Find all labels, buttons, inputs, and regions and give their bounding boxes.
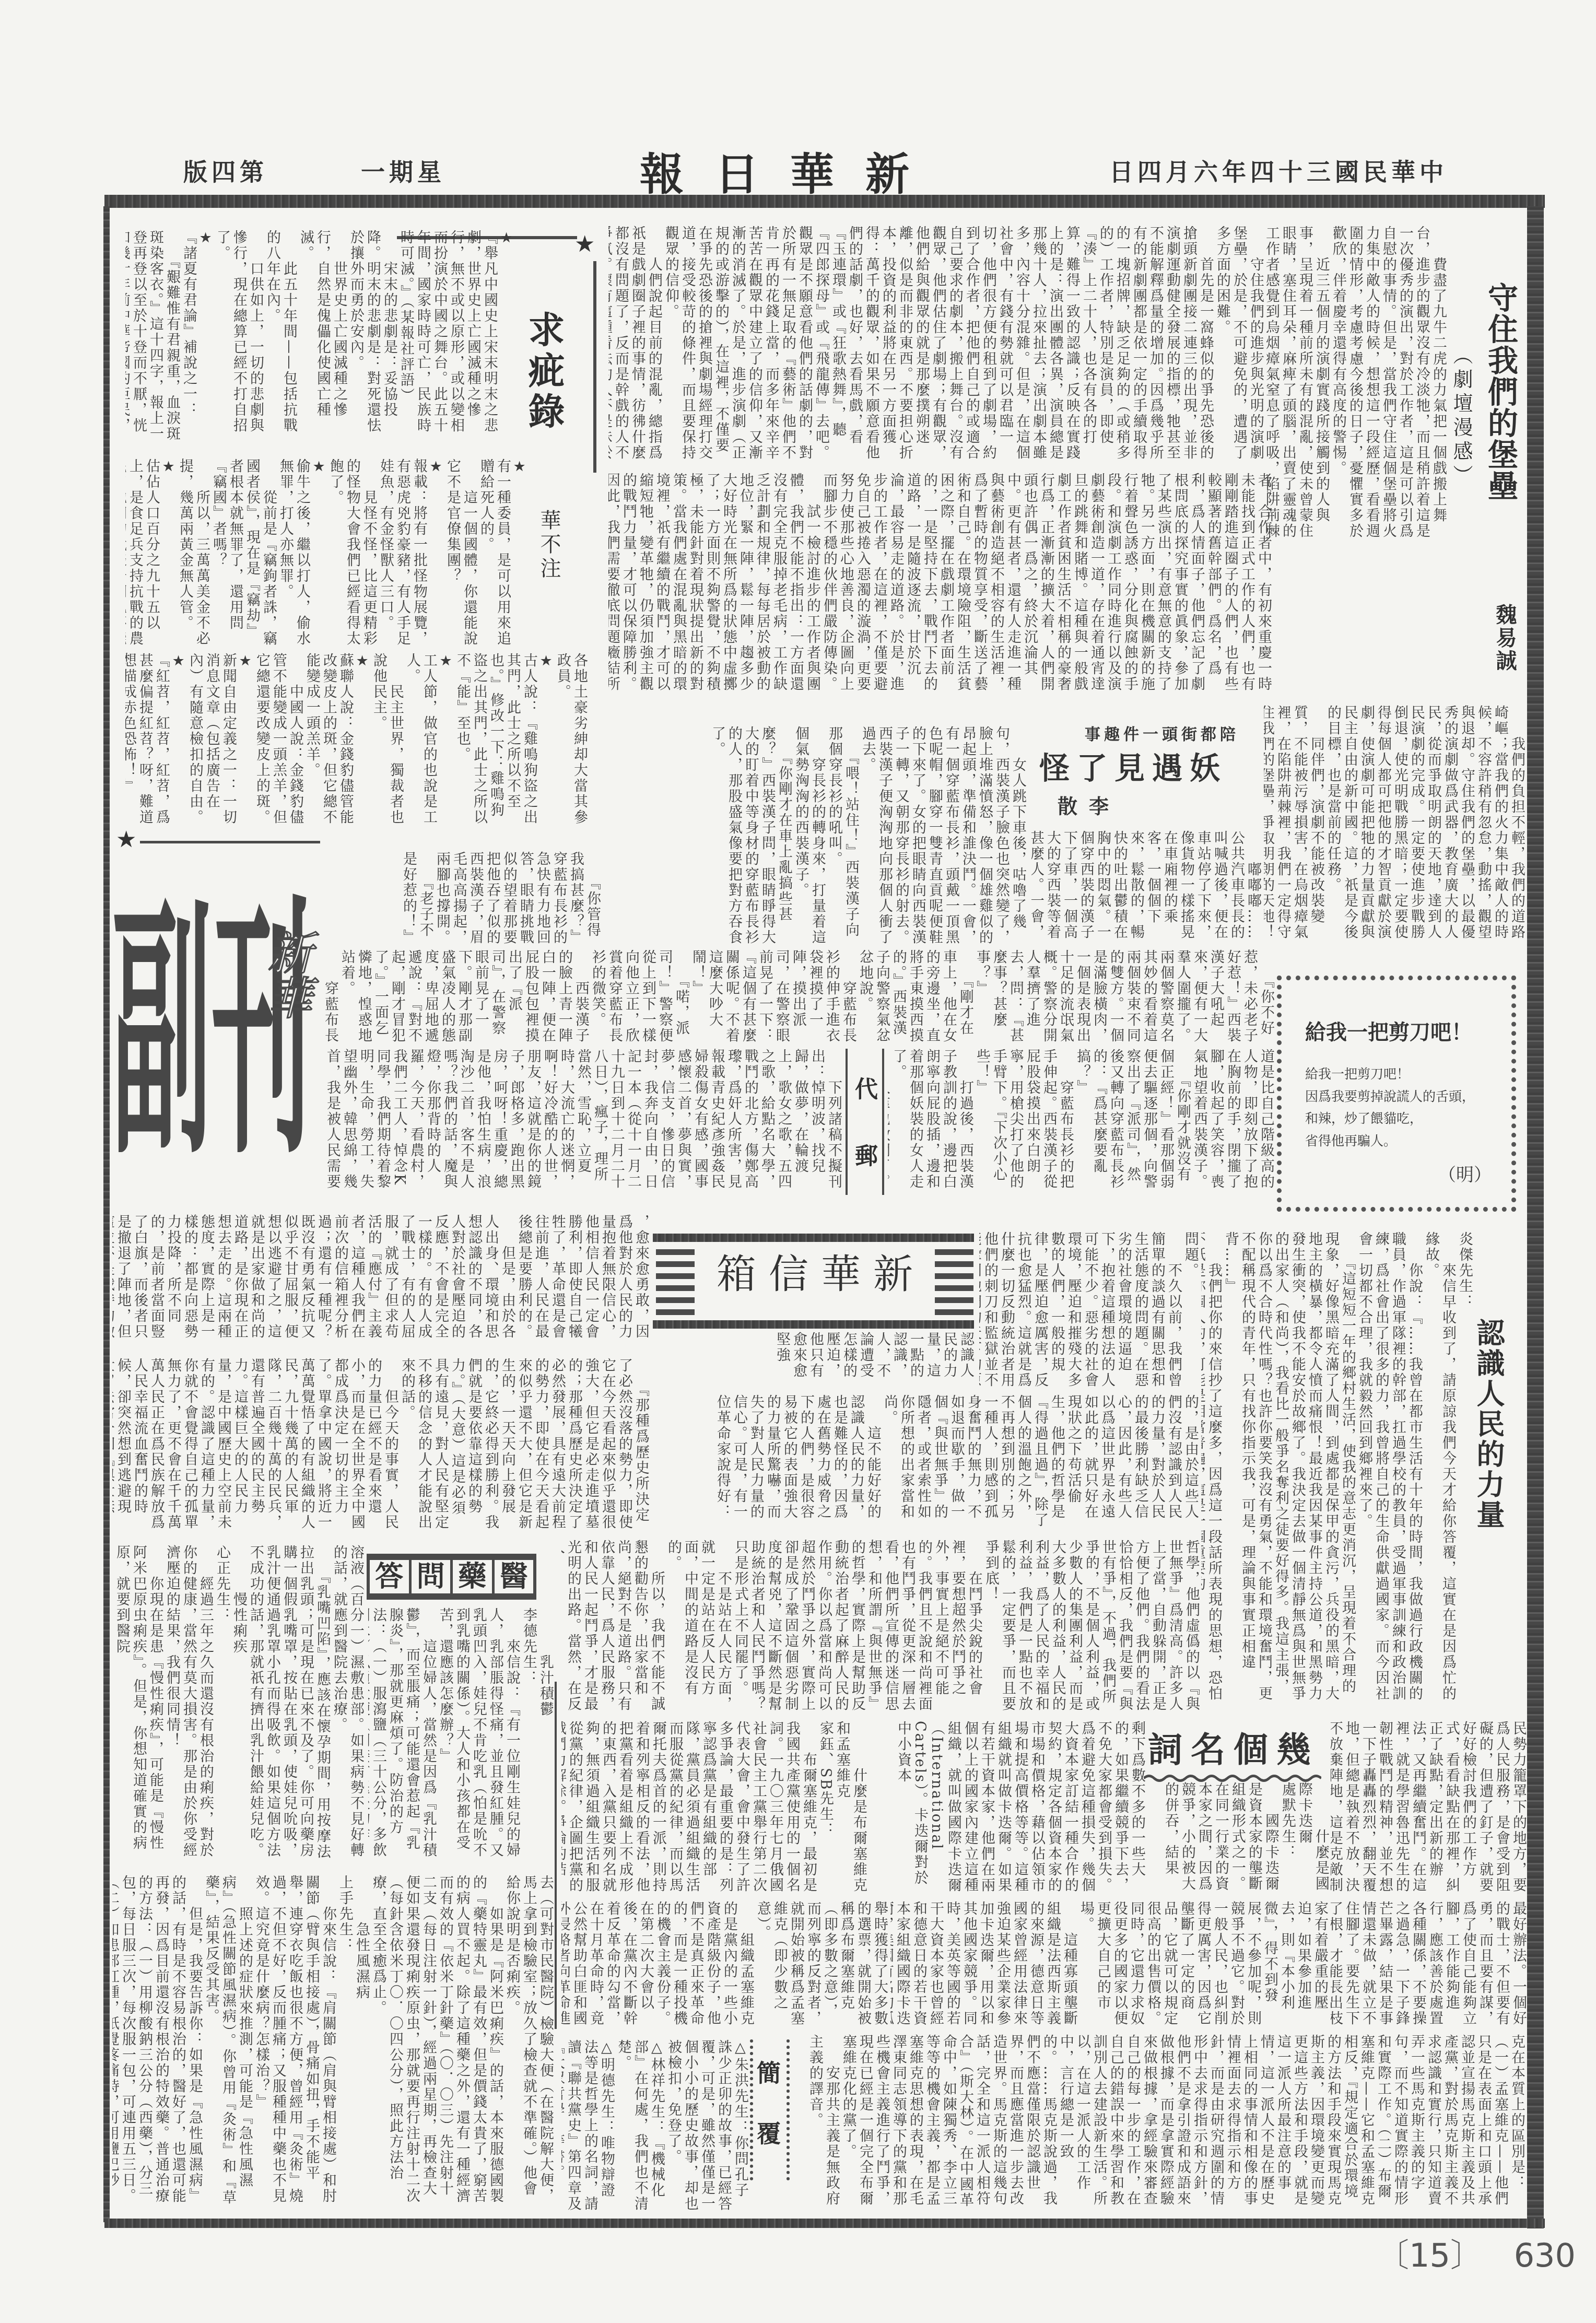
fault-body-1: ★ 『舉凡中國史上宋末明末之悲劇，世界史上亡國滅種之慘行，無不或以原形，或以變相… bbox=[125, 230, 514, 444]
mailbox-body-8: 民勢力籠罩下的地方，要爲人民服務，是會受到阻礙的，但遭了釘子，就要好好檢討我們的… bbox=[1331, 1721, 1527, 1897]
medical-body-2: 溶液（百分一）濕敷患部。如果病勢不見好轉的話，就應到醫院去治療。 『乳嘴凹陷』，… bbox=[112, 1545, 364, 1861]
monster-body-1: 嘟嘟嘟……公共汽車長長的叫喊過後，便在車站停了下來，像貨物一樣搖晃在車廂裡的乘客… bbox=[1031, 830, 1261, 945]
mailbox-bar bbox=[935, 1261, 973, 1267]
monster-body-3: 『你管得我搞甚麼？』穿藍布長衫的急快有力地回答，眼睛挑戰似的望着那要把他吞了似的… bbox=[324, 851, 601, 945]
mailbox-bar bbox=[935, 1309, 973, 1315]
fault-author: 華不注 bbox=[540, 509, 564, 585]
poem-line: 因爲我要剪掉說謊人的舌頭， bbox=[1305, 1086, 1475, 1105]
terms-body-3: 什麼是布爾塞維克和孟塞維克 家鈺、SB先生： 布爾塞維克，最初是我國共產黨使用的… bbox=[561, 1721, 867, 1897]
page-number: 630 bbox=[1514, 2236, 1576, 2274]
fortress-author: 魏易誠 bbox=[1494, 604, 1520, 674]
monster-body-5: 道是比自己階級高的人物，即刻放下了抱在胸前的手，閉攏了腳，收起了笑容，喪氣地望着… bbox=[888, 1049, 1274, 1196]
mailbox-bar bbox=[935, 1249, 973, 1255]
fortress-body-2: 守住我們的進步與光明的演劇堡壘，於是，不可避免的，遭遇了多方面的困難。 首先是一… bbox=[608, 226, 1264, 461]
terms-body-6: 克在本質上的區別是：（一）孟塞維克——他們只是在表面上和口頭上承認並宣揚馬克斯主… bbox=[791, 2034, 1525, 2209]
medical-title-cell: 答 bbox=[370, 1560, 409, 1593]
top-rule bbox=[104, 195, 1545, 208]
fortress-body-3: 者。合作者中，有初來重慶一時未能找到正式工作的人們，也有剛剛踏進這圈子的人們，也… bbox=[608, 473, 1272, 702]
brief-title: 簡覆 bbox=[756, 2060, 784, 2175]
logo-char-fu: 副 bbox=[112, 898, 212, 1170]
medical-body-3: 去（可對市民醫院）檢驗大便（在醫院解大便，馬上拿到檢驗室；放久了檢查就不準確。）… bbox=[112, 1875, 554, 2208]
fault-vertical-rule bbox=[593, 261, 596, 473]
logo-script: 新華 bbox=[253, 930, 318, 1019]
volume-number: 〔15〕 bbox=[1377, 2236, 1483, 2274]
star-icon: ★ bbox=[574, 233, 595, 256]
masthead-title: 新華日報 bbox=[666, 152, 941, 196]
mailbox-bar bbox=[656, 1261, 695, 1267]
mailbox-body-6: 『那種爲歷史所決定了必然沒落的勢力，即使它在今天看起來似乎還很強大，但它是必走進… bbox=[112, 1358, 649, 1531]
mailbox-body-2: 問題。 不久以前，我們曾簡單的談過有關思想和生活態度的問題。在惡劣的社會環境的逼… bbox=[979, 1231, 1199, 1388]
supplement-logo: 副 刊 新華 bbox=[112, 888, 316, 1196]
mailbox-body-4: ，愈來愈勇敢，因爲他對於人民的力量抱着無限信心，他相信人民一定會勝利，即使自己犧… bbox=[112, 1214, 649, 1353]
scissors-poem-box: 給我一把剪刀吧！ 給我一把剪刀吧！ 因爲我要剪掉說謊人的舌頭， 和辣，炒了餵貓吃… bbox=[1277, 976, 1516, 1212]
poem-title: 給我一把剪刀吧！ bbox=[1305, 1016, 1472, 1046]
terms-body-5: 舉時獲得了大多數的選票，就開始被稱爲布爾塞維克（即多數之意），而列寧的反對者，就… bbox=[561, 1901, 888, 2031]
mailbox-body-9: 最好辦法。一個好的戰士，不但要有勇，而且要有謀，爲了使自己能夠立腳，工作能夠進行… bbox=[1331, 1901, 1527, 2031]
monster-title: 妖遇見了怪 bbox=[1037, 753, 1227, 783]
monster-body-4: 『你不好惹，未必老子好惹！』西裝漢子大吼起來，便有一大羣人圍攏了。兩個警察莫名其… bbox=[324, 949, 1274, 1045]
notice-title: 代郵 bbox=[851, 1077, 881, 1181]
fault-bottom-rule bbox=[140, 841, 320, 843]
archive-page-ref: 〔15〕 630 bbox=[1377, 2239, 1576, 2272]
fault-body-2: ★ 有一種委員，是可以用來追贈給死人的。 這一個國體，你還能說它不是官僚集團？ … bbox=[125, 459, 527, 649]
page-label: 第四版 bbox=[182, 160, 268, 184]
fortress-title: 守住我們的堡壘 bbox=[1485, 282, 1522, 507]
brief-items: △朱洪先生：你問孔子誅少正卯的故事，已經答覆，可是，雖然僅僅是一個小小的歷史故事… bbox=[561, 2039, 748, 2212]
notice-rule-left bbox=[882, 1049, 884, 1195]
monster-kicker: 陪都街頭一件趣事 bbox=[1083, 727, 1239, 743]
mailbox-bar bbox=[656, 1285, 695, 1291]
star-icon: ★ bbox=[116, 828, 136, 851]
column-divider bbox=[555, 1682, 557, 2029]
mailbox-heading-box: 新華信箱 bbox=[653, 1234, 974, 1329]
mailbox-rule-top bbox=[653, 1234, 974, 1242]
poem-line: 省得他再騙人。 bbox=[1305, 1131, 1396, 1149]
mailbox-bar bbox=[656, 1249, 695, 1255]
weekday: 星期一 bbox=[359, 160, 445, 184]
mailbox-body-7: 哲學，他們虛僞的以『與世無爭』爲清高。許多人上了當，自動躲開，正是方便了他們。我… bbox=[561, 1540, 1200, 1715]
mailbox-section-title: 新華信箱 bbox=[711, 1254, 925, 1294]
mailbox-bar bbox=[656, 1309, 695, 1315]
fortress-body-4: 我們的負担不輕，我們的道路崎嶇；當我們的火力集中敵人的時候，不容許稍有忽怠，動搖… bbox=[1264, 705, 1525, 945]
left-border bbox=[103, 206, 110, 2222]
brief-rule-right bbox=[787, 2039, 790, 2180]
terms-body-2: 剩下爲數不多的一些大的，如果繼續競爭下去，不免大家都會受到損失。爲着避免這種損失… bbox=[870, 1721, 1145, 1897]
mailbox-bar bbox=[656, 1273, 695, 1279]
newspaper-page: 第四版 星期一 新華日報 中華民國三十四年六月四日 守住我們的堡壘 （劇壇漫感）… bbox=[0, 0, 1596, 2323]
medical-qa-heading-box: 醫 藥 問 答 bbox=[367, 1554, 536, 1600]
poem-line: 和辣，炒了餵貓吃， bbox=[1305, 1108, 1423, 1127]
mailbox-body-3: 認識人民的力量，這一點的認識，人，不論遭受怎樣的壓迫，他只有愈來愈堅強 bbox=[653, 1332, 974, 1390]
terms-title: 幾個名詞 bbox=[1147, 1733, 1319, 1767]
terms-body-4: 家有着嚴重的壓迫，如果參加進去，則『本小利微』，得不到發展，不參加呢，則競爭不過… bbox=[890, 1901, 1328, 2031]
mailbox-bar bbox=[935, 1285, 973, 1291]
mailbox-bar bbox=[656, 1297, 695, 1303]
mailbox-body-5: 的，是由於這些人們沒有認識到人民的力量，對於人民的最後勝利缺乏信心，因此，有些人… bbox=[653, 1394, 1199, 1531]
poem-signature: （明） bbox=[1438, 1160, 1492, 1186]
medical-body-1: 乳汁積鬱 李德先生： 來信說：『有一位剛生娃兒的婦人，乳部脹得怪痛，並且發紅腫。… bbox=[368, 1608, 554, 1861]
medical-title-cell: 藥 bbox=[450, 1560, 492, 1593]
poem-line: 給我一把剪刀吧！ bbox=[1305, 1064, 1410, 1083]
issue-date: 中華民國三十四年六月四日 bbox=[1108, 160, 1448, 184]
medical-title-cell: 問 bbox=[409, 1560, 451, 1593]
mailbox-letter-title: 認識人民的力量 bbox=[1476, 1318, 1509, 1532]
medical-title-cell: 醫 bbox=[492, 1560, 534, 1593]
monster-body-2: 女人跳下車後，咕嚕了幾句，西裝漢子臉色也突然變了，臉上堆滿憤怒，像一個雄雞似的昂… bbox=[608, 726, 1026, 945]
fortress-subtitle: （劇壇漫感） bbox=[1450, 345, 1476, 501]
mailbox-rule-bottom bbox=[653, 1320, 974, 1329]
mailbox-body-1: 炎傑先生： 來信早收到了，請原諒我們今天才給你答覆，這實在是因爲忙的緣故。 你說… bbox=[1201, 1231, 1473, 1704]
fault-title: 求疵錄 bbox=[529, 311, 570, 436]
terms-body-1: 什麼是國際卡迭爾 處默先生： 國際卡迭爾是資本家的壟斷組織形式之一。在同一行業的… bbox=[1149, 1782, 1329, 1897]
mailbox-bar bbox=[935, 1297, 973, 1303]
bottom-rule bbox=[104, 2219, 1545, 2228]
right-border bbox=[1527, 206, 1544, 2228]
fortress-body-1: 費盡了九牛二虎的力氣把一個戲搬上舞台，進步的觀眾沒有冷淡牠，而且稍許着這是一次優… bbox=[1266, 226, 1447, 539]
fault-body-3: 各地土豪劣紳却大當其參政員。 ★ 古人說：『雞鳴狗盜之出其門，此士之所以不至也。… bbox=[125, 653, 588, 830]
notice-body: 下列諸稿不擬刊出：悼明波，找兒歸，做夢，在輪渡上，歌女之歌，五四之歌，給點名大學… bbox=[324, 1049, 842, 1196]
mailbox-bar bbox=[935, 1273, 973, 1279]
monster-author: 李散 bbox=[1058, 796, 1120, 816]
